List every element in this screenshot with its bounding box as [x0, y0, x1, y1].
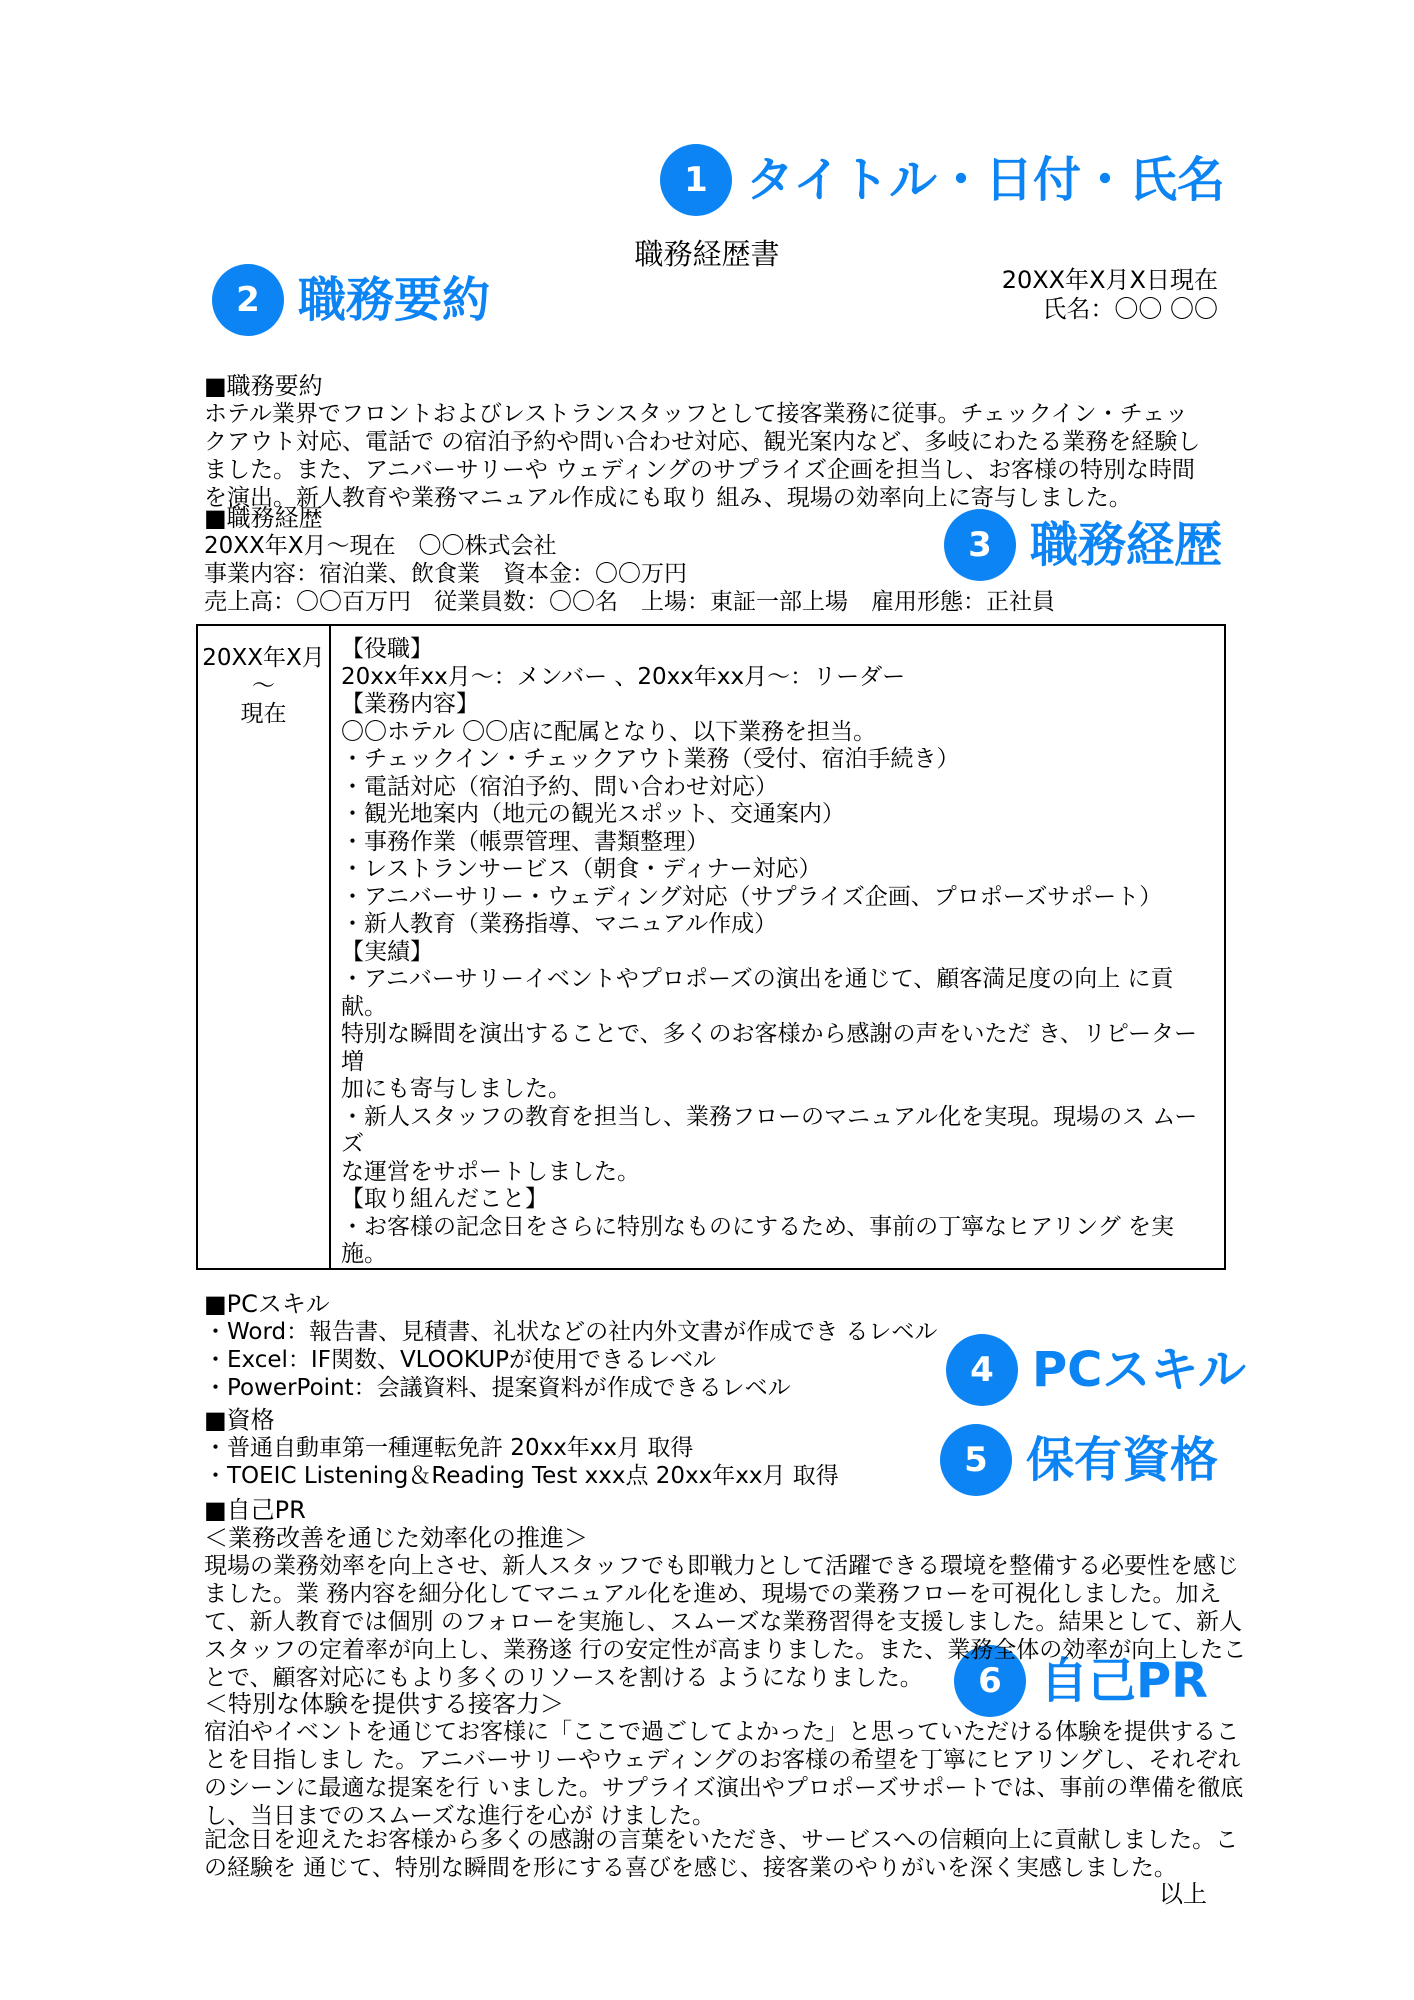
applicant-name: 氏名：〇〇 〇〇	[1002, 295, 1218, 324]
date-name-block: 20XX年X月X日現在 氏名：〇〇 〇〇	[1002, 266, 1218, 324]
self-pr-paragraph-1: 現場の業務効率を向上させ、新人スタッフでも即戦力として活躍できる環境を整備する必…	[204, 1552, 1294, 1692]
callout-2-badge: 2	[212, 264, 284, 336]
pc-skills-list: ・Word：報告書、見積書、礼状などの社内外文書が作成でき るレベル ・Exce…	[204, 1318, 1294, 1402]
closing-mark: 以上	[1159, 1874, 1207, 1909]
callout-1-badge: 1	[660, 144, 732, 216]
resume-document: 1 タイトル・日付・氏名 職務経歴書 20XX年X月X日現在 氏名：〇〇 〇〇 …	[0, 0, 1414, 2000]
qualifications-list: ・普通自動車第一種運転免許 20xx年xx月 取得 ・TOEIC Listeni…	[204, 1434, 1294, 1490]
career-table: 20XX年X月 ～ 現在 【役職】 20xx年xx月～：メンバー 、20xx年x…	[196, 624, 1226, 1270]
career-period-cell: 20XX年X月 ～ 現在	[198, 626, 331, 1268]
callout-1-label: タイトル・日付・氏名	[746, 156, 1225, 204]
self-pr-subheading-1: ＜業務改善を通じた効率化の推進＞	[204, 1524, 588, 1552]
callout-title-date-name: 1 タイトル・日付・氏名	[660, 144, 1225, 216]
current-date: 20XX年X月X日現在	[1002, 266, 1218, 295]
self-pr-subheading-2: ＜特別な体験を提供する接客力＞	[204, 1690, 564, 1718]
self-pr-paragraph-2: 宿泊やイベントを通じてお客様に「ここで過ごしてよかった」と思っていただける体験を…	[204, 1718, 1294, 1830]
callout-1-number: 1	[684, 160, 708, 200]
callout-job-summary: 2 職務要約	[212, 264, 490, 336]
self-pr-heading: ■自己PR	[204, 1496, 306, 1524]
career-details-cell: 【役職】 20xx年xx月～：メンバー 、20xx年xx月～：リーダー 【業務内…	[331, 626, 1224, 1268]
summary-body: ホテル業界でフロントおよびレストランスタッフとして接客業務に従事。チェックイン・…	[204, 400, 1294, 512]
self-pr-paragraph-3: 記念日を迎えたお客様から多くの感謝の言葉をいただき、サービスへの信頼向上に貢献し…	[204, 1826, 1294, 1882]
career-company-info: 20XX年X月～現在 〇〇株式会社 事業内容：宿泊業、飲食業 資本金：〇〇万円 …	[204, 532, 1294, 616]
callout-2-number: 2	[236, 280, 260, 320]
pc-skills-heading: ■PCスキル	[204, 1290, 330, 1318]
summary-heading: ■職務要約	[204, 372, 323, 400]
callout-2-label: 職務要約	[298, 276, 490, 324]
career-heading: ■職務経歴	[204, 504, 323, 532]
qualifications-heading: ■資格	[204, 1406, 275, 1434]
